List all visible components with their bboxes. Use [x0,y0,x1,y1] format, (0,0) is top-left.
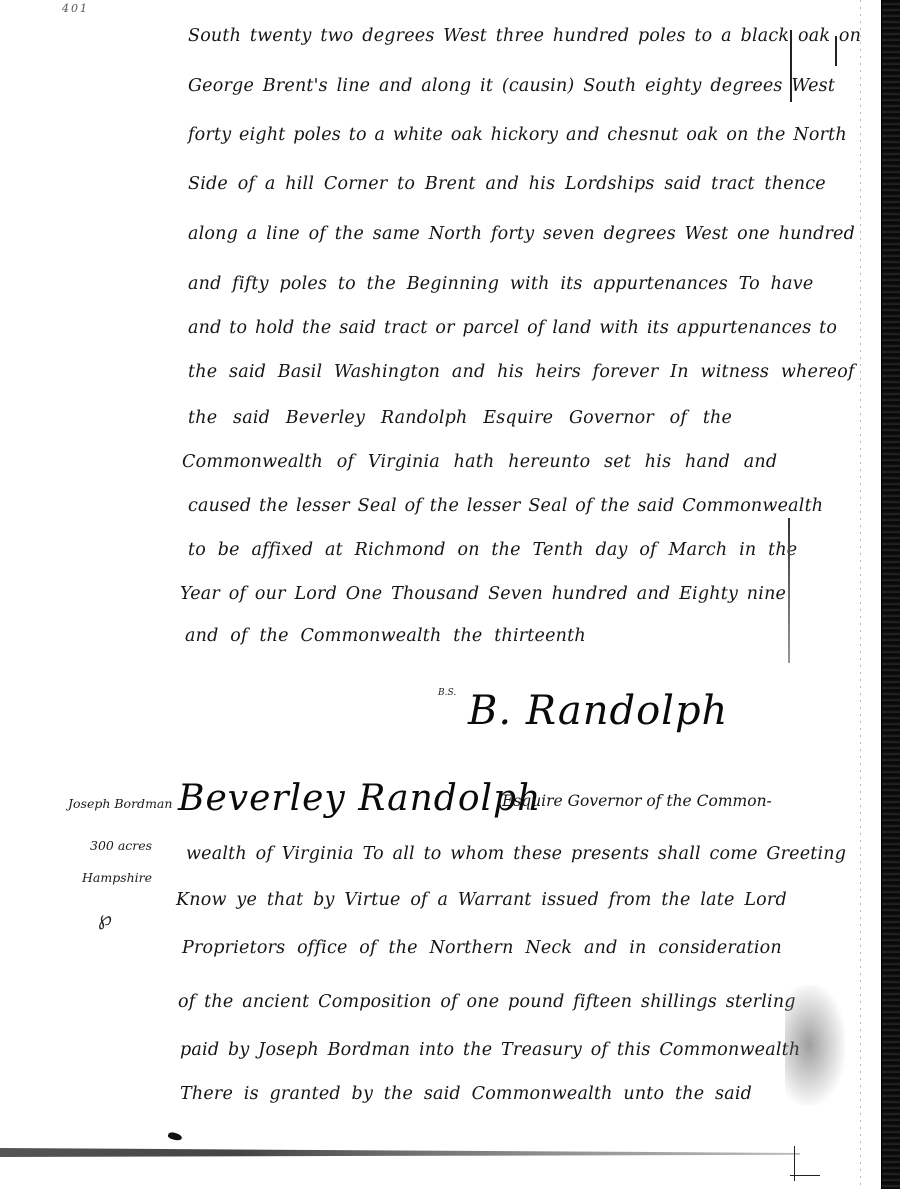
body-line-14: and of the Commonwealth the thirteenth [185,626,586,646]
body-line-6: and fifty poles to the Beginning with it… [188,274,813,294]
grant-heading-name: Beverley Randolph [178,778,541,819]
page-number: 401 [62,2,89,15]
manuscript-page: 401 South twenty two degrees West three … [0,0,900,1189]
body-line-11: caused the lesser Seal of the lesser Sea… [188,496,823,516]
body-line-8: the said Basil Washington and his heirs … [188,362,855,382]
margin-note-acreage: 300 acres [90,838,152,853]
signature-mark: B.S. [438,688,456,698]
page-bottom-edge [0,1148,800,1157]
margin-rule [835,36,837,66]
body-line-5: along a line of the same North forty sev… [188,224,855,244]
body-line-9: the said Beverley Randolph Esquire Gover… [188,408,732,428]
margin-note-grantee: Joseph Bordman [68,796,172,811]
governor-signature: B. Randolph [468,688,728,734]
grant-line-1: wealth of Virginia To all to whom these … [186,844,846,864]
grant-line-3: Proprietors office of the Northern Neck … [182,938,782,958]
grant-line-5: paid by Joseph Bordman into the Treasury… [180,1040,800,1060]
body-line-2: George Brent's line and along it (causin… [188,76,835,96]
margin-note-county: Hampshire [82,870,152,885]
ink-blot [167,1131,183,1142]
page-corner-mark [790,1175,820,1176]
grant-line-6: There is granted by the said Commonwealt… [180,1084,752,1104]
body-line-12: to be affixed at Richmond on the Tenth d… [188,540,797,560]
body-line-7: and to hold the said tract or parcel of … [188,318,837,338]
binding-shadow-line [860,0,861,1189]
grant-line-4: of the ancient Composition of one pound … [178,992,796,1012]
body-line-4: Side of a hill Corner to Brent and his L… [188,174,826,194]
body-line-1: South twenty two degrees West three hund… [188,26,861,46]
book-binding-edge [881,0,900,1189]
margin-rule [790,30,792,102]
body-line-13: Year of our Lord One Thousand Seven hund… [180,584,786,604]
margin-rule [788,518,790,663]
grant-line-2: Know ye that by Virtue of a Warrant issu… [176,890,787,910]
grant-heading-rest: Esquire Governor of the Common- [502,792,772,810]
ink-smudge [785,985,845,1105]
body-line-3: forty eight poles to a white oak hickory… [188,125,847,145]
paraph-mark-icon: ℘ [98,906,112,930]
body-line-10: Commonwealth of Virginia hath hereunto s… [182,452,777,472]
